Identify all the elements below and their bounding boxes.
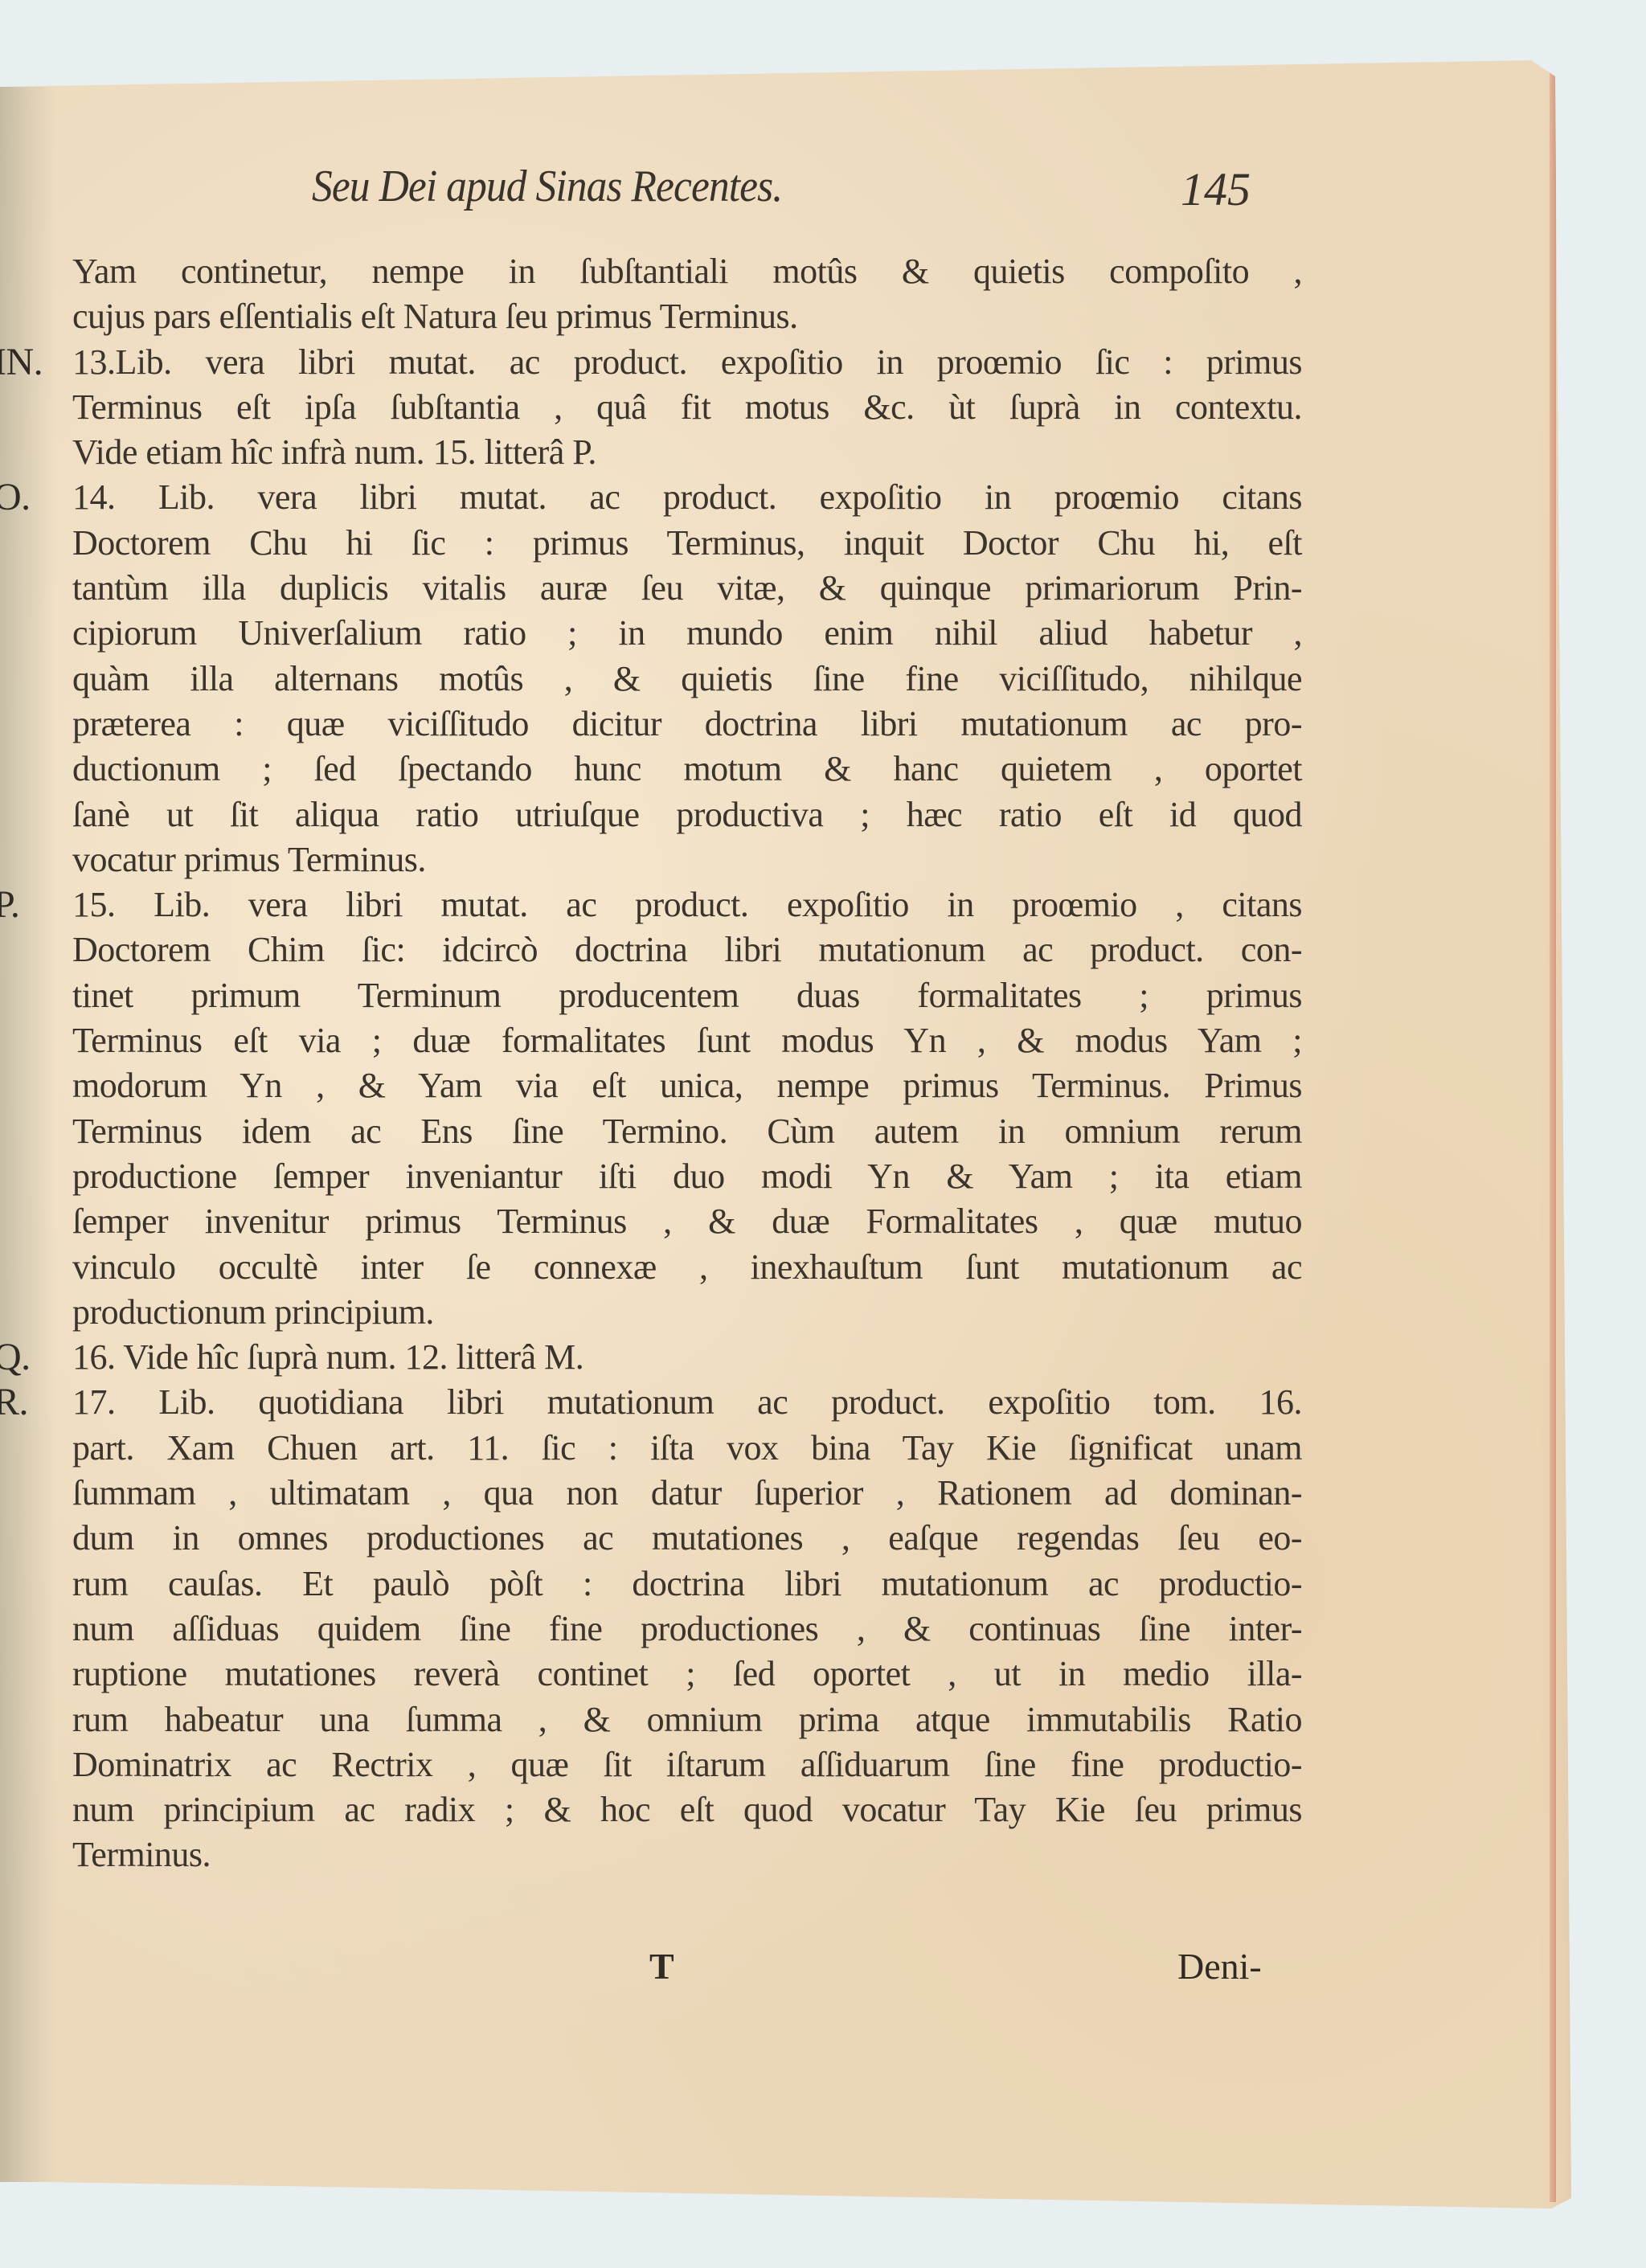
line-text: præterea : quæ viciſſitudo dicitur doctr… bbox=[72, 702, 1302, 747]
text-line: Terminus idem ac Ens ſine Termino. Cùm a… bbox=[0, 1109, 1302, 1154]
line-text: Terminus eſt via ; duæ formalitates ſunt… bbox=[72, 1018, 1302, 1063]
text-line: rum cauſas. Et paulò pòſt : doctrina lib… bbox=[0, 1562, 1302, 1607]
margin-letter: Q. bbox=[0, 1335, 31, 1380]
line-text: productione ſemper inveniantur iſti duo … bbox=[72, 1154, 1302, 1199]
text-line: O.14. Lib. vera libri mutat. ac product.… bbox=[0, 475, 1302, 520]
line-text: vocatur primus Terminus. bbox=[72, 837, 1302, 882]
line-text: 15. Lib. vera libri mutat. ac product. e… bbox=[72, 882, 1302, 927]
line-text: 17. Lib. quotidiana libri mutationum ac … bbox=[72, 1380, 1302, 1425]
text-line: quàm illa alternans motûs , & quietis ſi… bbox=[0, 657, 1302, 702]
text-line: Q.16. Vide hîc ſuprà num. 12. litterâ M. bbox=[0, 1335, 1302, 1380]
line-text: Yam continetur, nempe in ſubſtantiali mo… bbox=[72, 249, 1302, 294]
book-page: Seu Dei apud Sinas Recentes. 145 Yam con… bbox=[0, 0, 1571, 2268]
line-text: ſummam , ultimatam , qua non datur ſuper… bbox=[72, 1471, 1302, 1516]
line-text: Doctorem Chim ſic: idcircò doctrina libr… bbox=[72, 927, 1302, 972]
line-text: part. Xam Chuen art. 11. ſic : iſta vox … bbox=[72, 1426, 1302, 1471]
line-text: quàm illa alternans motûs , & quietis ſi… bbox=[72, 657, 1302, 702]
text-line: ductionum ; ſed ſpectando hunc motum & h… bbox=[0, 747, 1302, 792]
margin-letter: O. bbox=[0, 475, 31, 520]
line-text: Doctorem Chu hi ſic : primus Terminus, i… bbox=[72, 521, 1302, 566]
margin-letter: IN. bbox=[0, 340, 43, 385]
text-line: ſummam , ultimatam , qua non datur ſuper… bbox=[0, 1471, 1302, 1516]
body-text: Yam continetur, nempe in ſubſtantiali mo… bbox=[0, 249, 1302, 1878]
text-line: dum in omnes productiones ac mutationes … bbox=[0, 1516, 1302, 1561]
catchword: Deni- bbox=[1177, 1945, 1262, 1988]
line-text: 13.Lib. vera libri mutat. ac product. ex… bbox=[72, 340, 1302, 385]
line-text: vinculo occultè inter ſe connexæ , inexh… bbox=[72, 1245, 1302, 1290]
line-text: modorum Yn , & Yam via eſt unica, nempe … bbox=[72, 1063, 1302, 1108]
running-title: Seu Dei apud Sinas Recentes. bbox=[312, 161, 782, 212]
text-line: IN.13.Lib. vera libri mutat. ac product.… bbox=[0, 340, 1302, 385]
text-line: Dominatrix ac Rectrix , quæ ſit iſtarum … bbox=[0, 1742, 1302, 1787]
text-line: part. Xam Chuen art. 11. ſic : iſta vox … bbox=[0, 1426, 1302, 1471]
text-line: tantùm illa duplicis vitalis auræ ſeu vi… bbox=[0, 566, 1302, 611]
line-text: Terminus. bbox=[72, 1832, 1302, 1877]
line-text: ſemper invenitur primus Terminus , & duæ… bbox=[72, 1199, 1302, 1244]
line-text: productionum principium. bbox=[72, 1290, 1302, 1335]
text-line: tinet primum Terminum producentem duas f… bbox=[0, 973, 1302, 1018]
running-head: Seu Dei apud Sinas Recentes. 145 bbox=[312, 161, 1284, 225]
text-line: præterea : quæ viciſſitudo dicitur doctr… bbox=[0, 702, 1302, 747]
text-line: rum habeatur una ſumma , & omnium prima … bbox=[0, 1697, 1302, 1742]
line-text: Terminus idem ac Ens ſine Termino. Cùm a… bbox=[72, 1109, 1302, 1154]
text-line: num aſſiduas quidem ſine fine production… bbox=[0, 1607, 1302, 1652]
text-line: num principium ac radix ; & hoc eſt quod… bbox=[0, 1787, 1302, 1832]
text-line: cipiorum Univerſalium ratio ; in mundo e… bbox=[0, 611, 1302, 656]
text-line: ruptione mutationes reverà continet ; ſe… bbox=[0, 1652, 1302, 1697]
line-text: 14. Lib. vera libri mutat. ac product. e… bbox=[72, 475, 1302, 520]
text-line: vocatur primus Terminus. bbox=[0, 837, 1302, 882]
text-line: productione ſemper inveniantur iſti duo … bbox=[0, 1154, 1302, 1199]
text-line: vinculo occultè inter ſe connexæ , inexh… bbox=[0, 1245, 1302, 1290]
text-line: P.15. Lib. vera libri mutat. ac product.… bbox=[0, 882, 1302, 927]
text-line: cujus pars eſſentialis eſt Natura ſeu pr… bbox=[0, 294, 1302, 339]
text-line: R.17. Lib. quotidiana libri mutationum a… bbox=[0, 1380, 1302, 1425]
text-line: ſanè ut ſit aliqua ratio utriuſque produ… bbox=[0, 792, 1302, 837]
line-text: rum cauſas. Et paulò pòſt : doctrina lib… bbox=[72, 1562, 1302, 1607]
text-line: Yam continetur, nempe in ſubſtantiali mo… bbox=[0, 249, 1302, 294]
line-text: num principium ac radix ; & hoc eſt quod… bbox=[72, 1787, 1302, 1832]
line-text: ductionum ; ſed ſpectando hunc motum & h… bbox=[72, 747, 1302, 792]
line-text: ruptione mutationes reverà continet ; ſe… bbox=[72, 1652, 1302, 1697]
line-text: Vide etiam hîc infrà num. 15. litterâ P. bbox=[72, 430, 1302, 475]
line-text: rum habeatur una ſumma , & omnium prima … bbox=[72, 1697, 1302, 1742]
line-text: Dominatrix ac Rectrix , quæ ſit iſtarum … bbox=[72, 1742, 1302, 1787]
text-line: Terminus. bbox=[0, 1832, 1302, 1877]
text-line: modorum Yn , & Yam via eſt unica, nempe … bbox=[0, 1063, 1302, 1108]
page-number: 145 bbox=[1181, 162, 1251, 216]
text-line: ſemper invenitur primus Terminus , & duæ… bbox=[0, 1199, 1302, 1244]
text-line: Doctorem Chu hi ſic : primus Terminus, i… bbox=[0, 521, 1302, 566]
line-text: num aſſiduas quidem ſine fine production… bbox=[72, 1607, 1302, 1652]
page-edge bbox=[1550, 72, 1556, 2202]
line-text: tantùm illa duplicis vitalis auræ ſeu vi… bbox=[72, 566, 1302, 611]
margin-letter: P. bbox=[0, 882, 19, 927]
margin-letter: R. bbox=[0, 1380, 28, 1425]
line-text: Terminus eſt ipſa ſubſtantia , quâ fit m… bbox=[72, 385, 1302, 430]
line-text: cujus pars eſſentialis eſt Natura ſeu pr… bbox=[72, 294, 1302, 339]
text-line: Terminus eſt via ; duæ formalitates ſunt… bbox=[0, 1018, 1302, 1063]
text-line: Terminus eſt ipſa ſubſtantia , quâ fit m… bbox=[0, 385, 1302, 430]
text-line: Vide etiam hîc infrà num. 15. litterâ P. bbox=[0, 430, 1302, 475]
line-text: 16. Vide hîc ſuprà num. 12. litterâ M. bbox=[72, 1335, 1302, 1380]
line-text: ſanè ut ſit aliqua ratio utriuſque produ… bbox=[72, 792, 1302, 837]
line-text: tinet primum Terminum producentem duas f… bbox=[72, 973, 1302, 1018]
line-text: cipiorum Univerſalium ratio ; in mundo e… bbox=[72, 611, 1302, 656]
signature-mark: T bbox=[649, 1945, 674, 1988]
text-line: Doctorem Chim ſic: idcircò doctrina libr… bbox=[0, 927, 1302, 972]
text-line: productionum principium. bbox=[0, 1290, 1302, 1335]
line-text: dum in omnes productiones ac mutationes … bbox=[72, 1516, 1302, 1561]
